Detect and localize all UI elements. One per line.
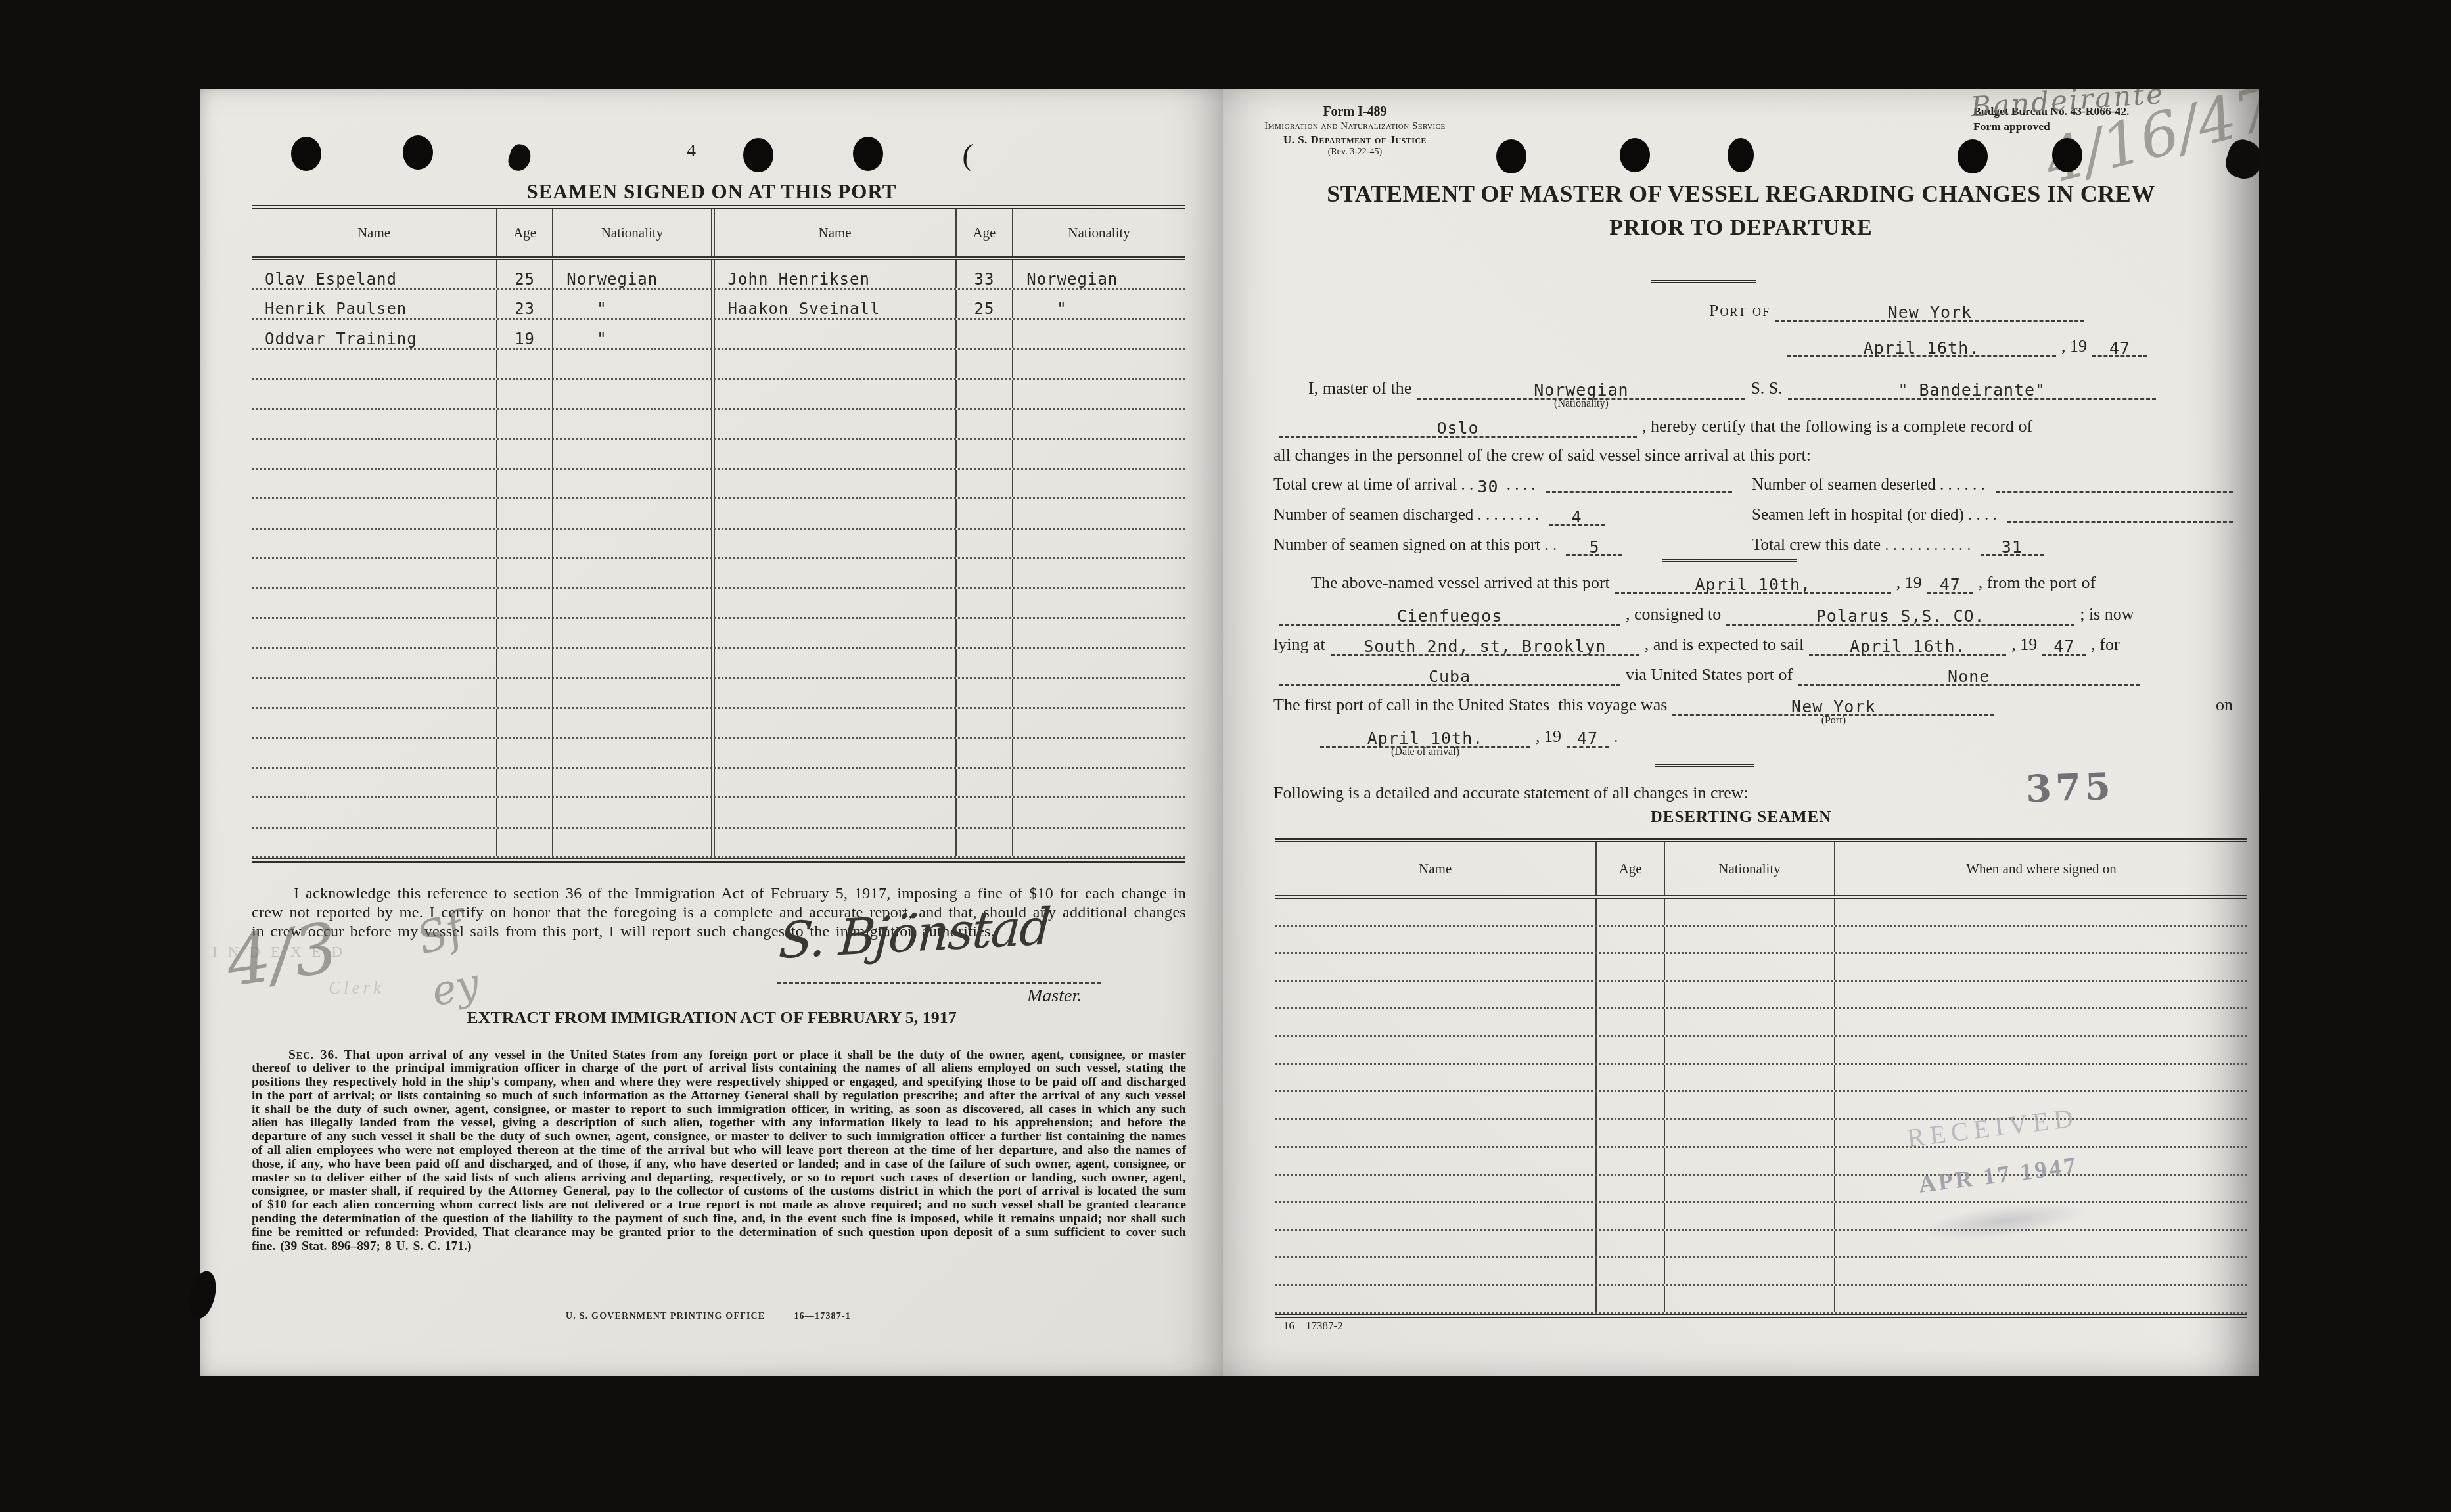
- table-cell: [1012, 380, 1185, 408]
- table-cell: [552, 530, 710, 558]
- table-cell: [252, 619, 496, 647]
- fill-in-blank: 47: [2092, 331, 2147, 357]
- table-cell: [552, 798, 710, 827]
- crew-count-row: Number of seamen signed on at this port …: [1273, 527, 2235, 556]
- table-cell: [252, 440, 496, 468]
- typed-value: April 16th.: [1850, 637, 1966, 656]
- table-cell: [955, 798, 1013, 827]
- column-header: Name: [1275, 842, 1595, 895]
- table-cell: [252, 769, 496, 797]
- printed-text: .: [1614, 727, 1618, 748]
- table-cell: [1275, 927, 1595, 952]
- printed-text: Seamen left in hospital (or died) . . . …: [1752, 506, 2001, 526]
- table-cell: [955, 440, 1013, 468]
- table-cell: [711, 470, 955, 498]
- fill-in-blank: None: [1798, 659, 2140, 686]
- printed-text: , hereby certify that the following is a…: [1642, 417, 2032, 438]
- count-total-arrival: Total crew at time of arrival . .30 . . …: [1273, 476, 1735, 495]
- table-cell: [955, 709, 1013, 737]
- table-row: [1275, 927, 2247, 954]
- typed-value: Oslo: [1436, 419, 1478, 438]
- table-cell: [1012, 440, 1185, 468]
- fill-in-blank: April 10th.(Date of arrival): [1320, 721, 1530, 748]
- table-cell: ": [1012, 290, 1185, 319]
- table-cell: [1012, 470, 1185, 498]
- typed-value: 25: [974, 300, 994, 318]
- fill-in-blank: 31: [1981, 529, 2044, 556]
- table-row: [252, 798, 1185, 829]
- table-cell: [955, 470, 1013, 498]
- number-stamp: 375: [2025, 765, 2115, 812]
- printed-text: , 19: [1896, 573, 1922, 594]
- table-row: Olav Espeland25NorwegianJohn Henriksen33…: [252, 260, 1185, 290]
- table-cell: [711, 499, 955, 528]
- printed-text: Number of seamen deserted . . . . . .: [1752, 476, 1989, 495]
- form-title-line2: PRIOR TO DEPARTURE: [1223, 216, 2259, 241]
- table-cell: [252, 649, 496, 677]
- punch-hole: [2052, 138, 2082, 172]
- table-row: Oddvar Training19": [252, 320, 1185, 350]
- scanned-document: 4 ( SEAMEN SIGNED ON AT THIS PORT NameAg…: [0, 0, 2451, 1512]
- printed-label: Port of: [1709, 301, 1770, 322]
- table-cell: [711, 350, 955, 378]
- typed-value: 4: [1572, 507, 1582, 526]
- typed-value: Norwegian: [1534, 381, 1628, 400]
- table-cell: [1012, 410, 1185, 438]
- table-cell: John Henriksen: [711, 260, 955, 288]
- table-cell: [1275, 1065, 1595, 1090]
- table-cell: [1834, 1009, 2247, 1035]
- typed-value: New York: [1888, 304, 1972, 323]
- table-cell: [252, 709, 496, 737]
- received-stamp-date: APR 17 1947: [1886, 1147, 2111, 1202]
- column-header: Nationality: [1012, 209, 1185, 256]
- table-cell: [955, 589, 1013, 618]
- table-cell: [252, 739, 496, 767]
- table-row: NameAgeNationalityNameAgeNationality: [252, 209, 1185, 260]
- table-cell: [1595, 1231, 1664, 1256]
- table-cell: [1275, 1009, 1595, 1035]
- movement-line-4: Cubavia United States port ofNone: [1273, 657, 2233, 686]
- typed-value: Henrik Paulsen: [265, 300, 407, 318]
- table-cell: [252, 530, 496, 558]
- table-row: [1275, 1286, 2247, 1314]
- table-cell: [1275, 899, 1595, 925]
- table-row: [252, 829, 1185, 859]
- table-cell: [1012, 679, 1185, 707]
- typed-value: 30: [1477, 477, 1498, 496]
- table-cell: [552, 380, 710, 408]
- table-cell: [1275, 1231, 1595, 1256]
- typed-value: Polarus S,S. CO.: [1816, 607, 1985, 626]
- printed-text: ; is now: [2080, 605, 2134, 626]
- count-deserted: Number of seamen deserted . . . . . .: [1752, 476, 2235, 495]
- printed-text: The above-named vessel arrived at this p…: [1311, 573, 1610, 594]
- table-cell: [1834, 1037, 2247, 1063]
- table-cell: [1012, 829, 1185, 857]
- table-cell: [552, 440, 710, 468]
- table-cell: [1664, 1176, 1834, 1201]
- table-cell: [711, 320, 955, 348]
- department-name: U. S. Department of Justice: [1260, 133, 1450, 147]
- table-cell: [1275, 1258, 1595, 1284]
- table-cell: [955, 320, 1013, 348]
- column-header: Age: [955, 209, 1013, 256]
- table-cell: [1012, 739, 1185, 767]
- table-cell: ": [552, 290, 710, 319]
- typed-value: 23: [515, 300, 535, 318]
- fill-in-blank: " Bandeirante": [1788, 373, 2156, 400]
- table-cell: [1595, 1148, 1664, 1174]
- table-cell: [1664, 1065, 1834, 1090]
- table-cell: [955, 649, 1013, 677]
- table-cell: [955, 499, 1013, 528]
- column-header: Nationality: [552, 209, 710, 256]
- table-cell: [1595, 1286, 1664, 1312]
- count-signed-on: Number of seamen signed on at this port …: [1273, 529, 1735, 556]
- punch-hole: [291, 137, 321, 171]
- table-cell: [1012, 320, 1185, 348]
- punch-hole: [853, 137, 883, 171]
- table-cell: [1664, 1009, 1834, 1035]
- table-row: Henrik Paulsen23"Haakon Sveinall25": [252, 290, 1185, 321]
- column-header: Name: [252, 209, 496, 256]
- typed-value: 47: [2053, 637, 2074, 656]
- table-row: [252, 499, 1185, 530]
- typed-value: " Bandeirante": [1898, 381, 2046, 400]
- punch-hole: [1620, 138, 1650, 172]
- table-cell: Olav Espeland: [252, 260, 496, 288]
- fill-in-blank: Polarus S,S. CO.: [1726, 599, 2074, 626]
- typed-value: ": [597, 300, 607, 318]
- table-cell: [711, 829, 955, 857]
- date-line: April 16th., 1947: [1781, 329, 2124, 357]
- table-cell: [1275, 954, 1595, 980]
- typed-value: 19: [515, 330, 535, 348]
- typed-value: 25: [515, 270, 535, 288]
- counts-rule: [1662, 559, 1797, 562]
- movement-line-2: Cienfuegos, consigned toPolarus S,S. CO.…: [1273, 597, 2233, 626]
- table-cell: [1275, 1120, 1595, 1146]
- pencil-initials-bottom: ey: [427, 959, 483, 1015]
- printed-text: , from the port of: [1979, 573, 2096, 594]
- fill-in-blank: 47: [1567, 721, 1609, 748]
- table-cell: [1664, 1037, 1834, 1063]
- table-cell: [1275, 982, 1595, 1007]
- table-cell: [552, 410, 710, 438]
- table-cell: [955, 559, 1013, 587]
- table-cell: [552, 649, 710, 677]
- printed-text: , consigned to: [1626, 605, 1721, 626]
- table-cell: [496, 619, 552, 647]
- typed-value: April 10th,: [1695, 576, 1812, 595]
- table-cell: [1012, 769, 1185, 797]
- typed-value: Cienfuegos: [1397, 607, 1503, 626]
- table-cell: [1664, 954, 1834, 980]
- table-cell: [1595, 1037, 1664, 1063]
- movement-line-1: The above-named vessel arrived at this p…: [1311, 565, 2233, 594]
- printed-text: Total crew this date . . . . . . . . . .…: [1752, 536, 1975, 556]
- table-row: [252, 619, 1185, 649]
- table-cell: [1275, 1037, 1595, 1063]
- table-cell: [552, 589, 710, 618]
- first-port-line: The first port of call in the United Sta…: [1273, 687, 2233, 716]
- table-cell: [1595, 1092, 1664, 1118]
- table-cell: [955, 769, 1013, 797]
- table-cell: [1595, 1120, 1664, 1146]
- table-row: [1275, 1037, 2247, 1065]
- table-row: [1275, 982, 2247, 1009]
- typed-value: 31: [2002, 538, 2023, 557]
- section-text: That upon arrival of any vessel in the U…: [252, 1048, 1186, 1253]
- table-cell: Norwegian: [552, 260, 710, 288]
- table-cell: [552, 679, 710, 707]
- table-row: [252, 709, 1185, 739]
- fill-in-blank: New York: [1775, 295, 2084, 322]
- table-cell: [1012, 619, 1185, 647]
- table-cell: [711, 530, 955, 558]
- table-row: [1275, 1231, 2247, 1258]
- printed-text: . . . .: [1502, 476, 1539, 495]
- master-label: Master.: [1027, 986, 1082, 1007]
- table-cell: Oddvar Training: [252, 320, 496, 348]
- table-cell: 25: [955, 290, 1013, 319]
- table-cell: [252, 470, 496, 498]
- table-cell: Henrik Paulsen: [252, 290, 496, 319]
- right-page: Form I-489 Immigration and Naturalizatio…: [1223, 89, 2259, 1376]
- count-hospital: Seamen left in hospital (or died) . . . …: [1752, 506, 2235, 526]
- table-cell: [252, 380, 496, 408]
- table-cell: [1275, 1092, 1595, 1118]
- table-cell: [552, 499, 710, 528]
- table-cell: [252, 350, 496, 378]
- table-cell: [711, 380, 955, 408]
- table-cell: [955, 739, 1013, 767]
- table-cell: 23: [496, 290, 552, 319]
- table-cell: [496, 679, 552, 707]
- printed-text: Number of seamen discharged . . . . . . …: [1273, 506, 1544, 526]
- table-cell: [1595, 1009, 1664, 1035]
- printed-text: The first port of call in the United Sta…: [1273, 695, 1667, 716]
- table-cell: [252, 798, 496, 827]
- table-cell: [1664, 1120, 1834, 1146]
- form-number: Form I-489: [1260, 104, 1450, 120]
- table-cell: [496, 499, 552, 528]
- section-label: Sec. 36.: [252, 1048, 338, 1062]
- count-total-date: Total crew this date . . . . . . . . . .…: [1752, 529, 2235, 556]
- table-cell: [711, 649, 955, 677]
- blank-rule: [1546, 490, 1732, 493]
- column-header: When and where signed on: [1834, 842, 2247, 895]
- table-cell: [711, 440, 955, 468]
- table-cell: [711, 769, 955, 797]
- agency-name: Immigration and Naturalization Service: [1260, 120, 1450, 133]
- table-cell: [496, 709, 552, 737]
- blank-rule: [2007, 520, 2233, 523]
- typed-value: Oddvar Training: [265, 330, 417, 348]
- printed-text: , 19: [1536, 727, 1561, 748]
- fill-in-blank: April 16th.: [1809, 629, 2006, 656]
- table-cell: [1664, 1148, 1834, 1174]
- table-cell: [1012, 559, 1185, 587]
- blank-rule: [1996, 490, 2233, 493]
- left-page: 4 ( SEAMEN SIGNED ON AT THIS PORT NameAg…: [200, 89, 1223, 1376]
- printing-office-footer: U. S. GOVERNMENT PRINTING OFFICE16—17387…: [566, 1312, 880, 1322]
- table-cell: [1595, 1203, 1664, 1229]
- typed-value: None: [1948, 668, 1990, 687]
- table-cell: [496, 440, 552, 468]
- table-row: [252, 470, 1185, 500]
- table-row: [252, 350, 1185, 380]
- table-cell: [955, 380, 1013, 408]
- fill-in-blank: Oslo: [1279, 411, 1637, 438]
- fill-in-blank: Norwegian(Nationality): [1417, 373, 1745, 400]
- table-cell: [955, 350, 1013, 378]
- table-cell: [1275, 1176, 1595, 1201]
- blank-caption: (Date of arrival): [1320, 746, 1530, 758]
- typed-value: South 2nd, st, Brooklyn: [1363, 637, 1606, 656]
- table-cell: [1595, 927, 1664, 952]
- statement-line-2: Oslo, hereby certify that the following …: [1273, 409, 2233, 438]
- column-header: Age: [1595, 842, 1664, 895]
- punch-hole: [403, 135, 433, 170]
- punch-hole: [1496, 139, 1526, 173]
- table-row: [252, 559, 1185, 589]
- table-cell: [496, 649, 552, 677]
- table-cell: [1595, 1065, 1664, 1090]
- table-cell: [1012, 589, 1185, 618]
- table-cell: [711, 798, 955, 827]
- table-cell: [496, 589, 552, 618]
- typed-value: ": [1057, 300, 1066, 318]
- printed-text: , and is expected to sail: [1645, 635, 1804, 656]
- table-cell: [955, 410, 1013, 438]
- fill-in-blank: 47: [1927, 567, 1973, 594]
- table-cell: [711, 589, 955, 618]
- table-cell: [1664, 1203, 1834, 1229]
- table-cell: [1834, 954, 2247, 980]
- extract-body: Sec. 36. That upon arrival of any vessel…: [252, 1049, 1186, 1254]
- table-cell: [252, 679, 496, 707]
- table-row: [252, 410, 1185, 440]
- table-cell: [1012, 350, 1185, 378]
- table-row: [252, 589, 1185, 620]
- table-cell: Haakon Sveinall: [711, 290, 955, 319]
- table-cell: [1664, 982, 1834, 1007]
- table-cell: [252, 559, 496, 587]
- table-cell: [496, 380, 552, 408]
- column-header: Age: [496, 209, 552, 256]
- revision-date: (Rev. 3-22-45): [1260, 147, 1450, 158]
- left-page-title: SEAMEN SIGNED ON AT THIS PORT: [200, 180, 1223, 204]
- table-cell: [496, 530, 552, 558]
- ink-blot: [506, 142, 534, 173]
- page-edge-tear: [185, 1269, 221, 1322]
- table-cell: [552, 739, 710, 767]
- table-cell: [1595, 899, 1664, 925]
- table-cell: [1012, 798, 1185, 827]
- stray-mark: (: [961, 136, 974, 172]
- fill-in-blank: South 2nd, st, Brooklyn: [1331, 629, 1639, 656]
- printed-text: via United States port of: [1626, 665, 1793, 686]
- printed-text: S. S.: [1751, 378, 1782, 400]
- table-cell: [552, 350, 710, 378]
- printed-text: Number of seamen signed on at this port …: [1273, 536, 1561, 556]
- deserting-seamen-table: NameAgeNationalityWhen and where signed …: [1275, 838, 2247, 1318]
- typed-value: Olav Espeland: [265, 270, 397, 288]
- punch-hole: [1958, 139, 1988, 173]
- deserting-seamen-heading: DESERTING SEAMEN: [1223, 808, 2259, 827]
- table-cell: [1595, 982, 1664, 1007]
- signature-line: [777, 982, 1101, 984]
- table-cell: [1595, 1258, 1664, 1284]
- column-header: Nationality: [1664, 842, 1834, 895]
- typed-value: 47: [1940, 576, 1961, 595]
- table-cell: [252, 829, 496, 857]
- column-header: Name: [711, 209, 955, 256]
- table-row: [252, 649, 1185, 679]
- form-code: 16—17387-1: [794, 1312, 851, 1321]
- table-cell: [496, 410, 552, 438]
- form-code-footer: 16—17387-2: [1283, 1319, 1343, 1333]
- typed-value: April 10th.: [1367, 729, 1484, 748]
- fill-in-blank: Cuba: [1279, 659, 1620, 686]
- printed-text: , 19: [2061, 336, 2087, 357]
- table-row: NameAgeNationalityWhen and where signed …: [1275, 842, 2247, 899]
- table-cell: 25: [496, 260, 552, 288]
- seamen-signed-on-table: NameAgeNationalityNameAgeNationalityOlav…: [252, 205, 1185, 863]
- table-cell: [1664, 927, 1834, 952]
- table-row: [252, 769, 1185, 799]
- table-row: [1275, 899, 2247, 927]
- fill-in-blank: April 10th,: [1615, 567, 1891, 594]
- fill-in-blank: 4: [1549, 499, 1605, 526]
- printed-text: lying at: [1273, 635, 1325, 656]
- table-cell: 19: [496, 320, 552, 348]
- printed-text: I, master of the: [1308, 378, 1411, 400]
- table-cell: [552, 619, 710, 647]
- following-statement: Following is a detailed and accurate sta…: [1273, 783, 1749, 803]
- typed-value: 47: [2109, 339, 2130, 358]
- typed-value: April 16th.: [1864, 339, 1980, 358]
- crew-count-row: Total crew at time of arrival . .30 . . …: [1273, 467, 2235, 495]
- table-row: [1275, 1065, 2247, 1092]
- table-cell: [1012, 649, 1185, 677]
- table-cell: [1834, 1065, 2247, 1090]
- typed-value: Norwegian: [1026, 270, 1118, 288]
- table-cell: Norwegian: [1012, 260, 1185, 288]
- table-cell: [1664, 1286, 1834, 1312]
- table-row: [1275, 1258, 2247, 1286]
- table-cell: [1595, 954, 1664, 980]
- table-cell: [1275, 1203, 1595, 1229]
- typed-value: 5: [1589, 538, 1599, 557]
- table-cell: [711, 739, 955, 767]
- table-cell: ": [552, 320, 710, 348]
- table-row: [252, 440, 1185, 470]
- table-cell: [711, 619, 955, 647]
- table-cell: [252, 410, 496, 438]
- table-cell: [1664, 899, 1834, 925]
- table-row: [1275, 954, 2247, 982]
- printed-text: , for: [2091, 635, 2119, 656]
- table-row: [252, 530, 1185, 560]
- table-cell: [552, 829, 710, 857]
- arrival-date-line: April 10th.(Date of arrival), 1947.: [1315, 719, 1799, 748]
- typed-value: Cuba: [1429, 668, 1471, 687]
- table-cell: [1275, 1286, 1595, 1312]
- table-cell: 33: [955, 260, 1013, 288]
